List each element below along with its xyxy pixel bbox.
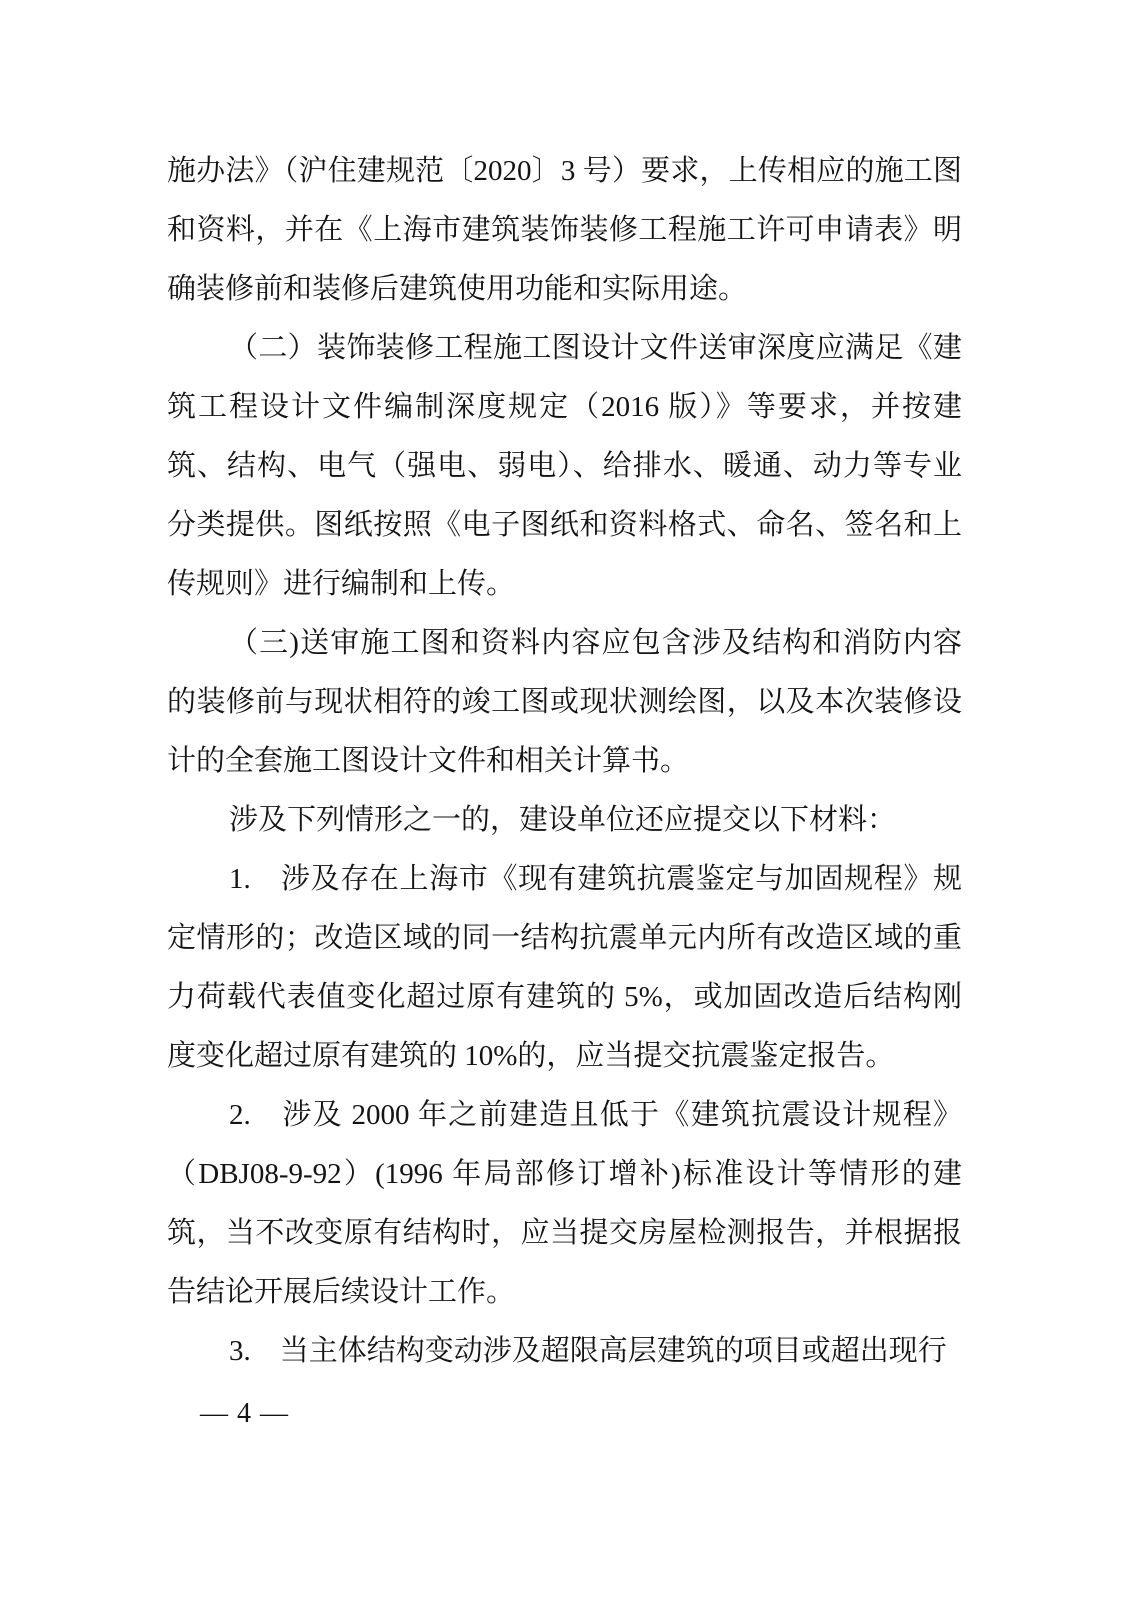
paragraph-continuation: 施办法》（沪住建规范〔2020〕3 号）要求，上传相应的施工图和资料，并在《上海…	[167, 142, 962, 319]
paragraph-numbered-1: 1. 涉及存在上海市《现有建筑抗震鉴定与加固规程》规定情形的；改造区域的同一结构…	[167, 850, 962, 1086]
paragraph-numbered-3: 3. 当主体结构变动涉及超限高层建筑的项目或超出现行	[167, 1322, 962, 1381]
document-page: 施办法》（沪住建规范〔2020〕3 号）要求，上传相应的施工图和资料，并在《上海…	[0, 0, 1131, 1600]
page-number: — 4 —	[200, 1398, 289, 1429]
page-footer: — 4 —	[200, 1398, 289, 1430]
paragraph-item-two: （二）装饰装修工程施工图设计文件送审深度应满足《建筑工程设计文件编制深度规定（2…	[167, 319, 962, 614]
document-body: 施办法》（沪住建规范〔2020〕3 号）要求，上传相应的施工图和资料，并在《上海…	[167, 142, 962, 1381]
paragraph-numbered-2: 2. 涉及 2000 年之前建造且低于《建筑抗震设计规程》（DBJ08-9-92…	[167, 1086, 962, 1322]
paragraph-item-three: （三)送审施工图和资料内容应包含涉及结构和消防内容的装修前与现状相符的竣工图或现…	[167, 614, 962, 791]
paragraph-materials-intro: 涉及下列情形之一的，建设单位还应提交以下材料：	[167, 791, 962, 850]
